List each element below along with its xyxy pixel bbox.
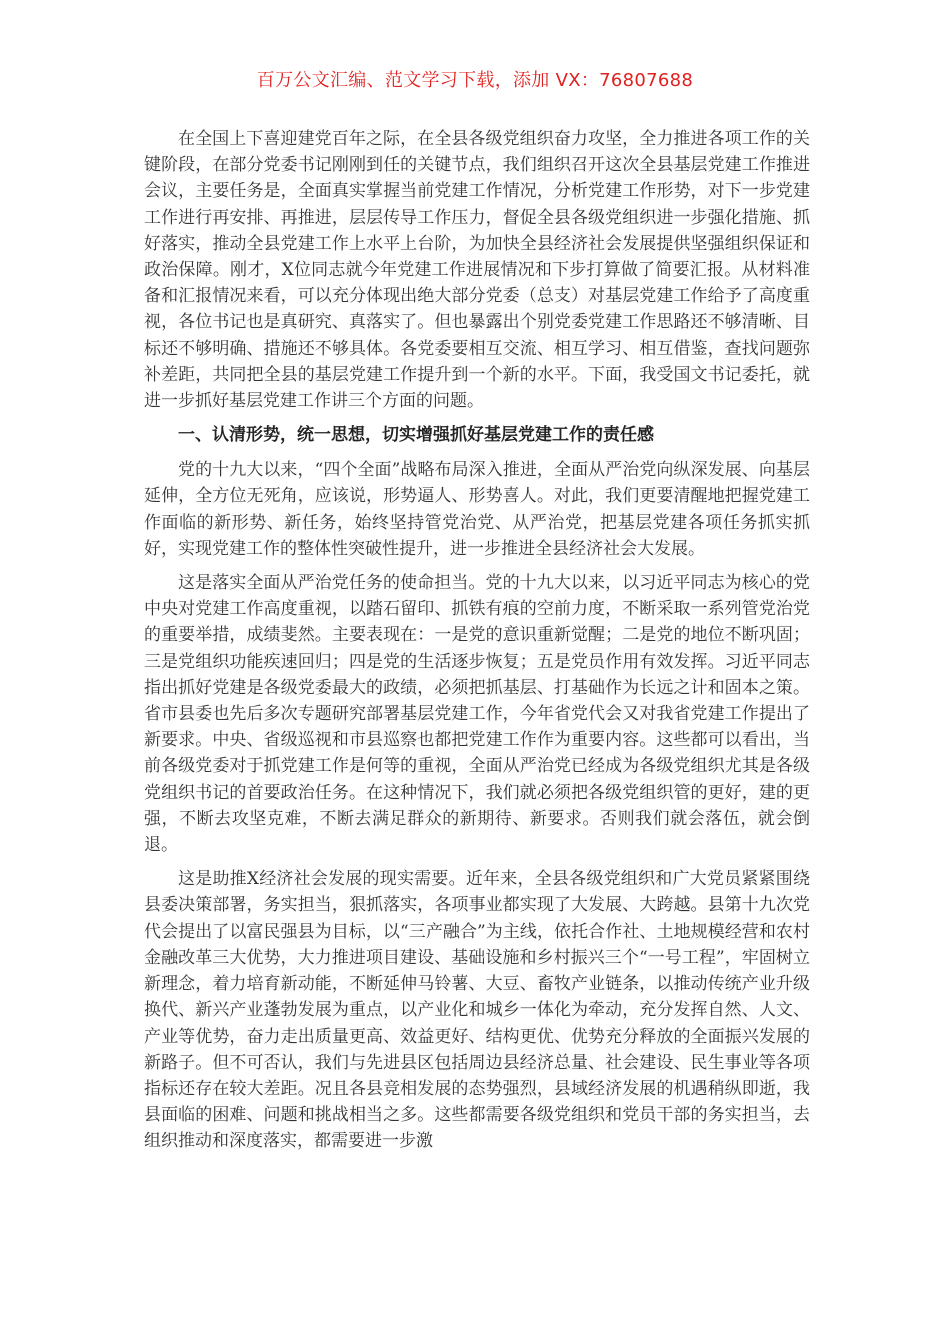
- section-heading: 一、认清形势，统一思想，切实增强抓好基层党建工作的责任感: [144, 422, 810, 448]
- section-paragraph: 党的十九大以来，“四个全面”战略布局深入推进，全面从严治党向纵深发展、向基层延伸…: [144, 457, 810, 562]
- document-body: 在全国上下喜迎建党百年之际，在全县各级党组织奋力攻坚，全力推进各项工作的关键阶段…: [144, 126, 810, 1163]
- document-page: 百万公文汇编、范文学习下载，添加 VX：76807688 在全国上下喜迎建党百年…: [0, 0, 950, 1344]
- intro-paragraph: 在全国上下喜迎建党百年之际，在全县各级党组织奋力攻坚，全力推进各项工作的关键阶段…: [144, 126, 810, 414]
- section-paragraph: 这是助推X经济社会发展的现实需要。近年来，全县各级党组织和广大党员紧紧围绕县委决…: [144, 866, 810, 1154]
- watermark-header: 百万公文汇编、范文学习下载，添加 VX：76807688: [0, 66, 950, 92]
- section-paragraph: 这是落实全面从严治党任务的使命担当。党的十九大以来，以习近平同志为核心的党中央对…: [144, 570, 810, 858]
